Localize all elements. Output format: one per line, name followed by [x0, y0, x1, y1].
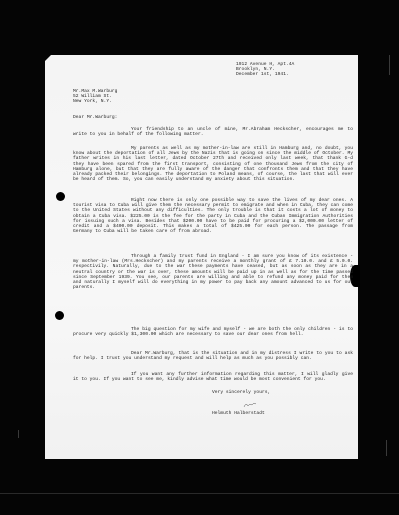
- punch-hole: [56, 192, 65, 201]
- paragraph-5: The big question for my wife and myself …: [73, 327, 353, 337]
- closing: Very sincerely yours,: [212, 390, 270, 395]
- scanner-edge-line: [0, 493, 399, 494]
- recipient-city: New York, N.Y.: [73, 99, 117, 104]
- paragraph-6: Dear Mr.Warburg, that is the situation a…: [73, 351, 353, 361]
- scan-artifact: [18, 430, 19, 438]
- punch-hole: [55, 311, 64, 320]
- letter-date: December 1st, 1941.: [236, 72, 294, 77]
- paragraph-4: Through a family trust fund in England -…: [73, 254, 353, 290]
- paragraph-7: If you want any further information rega…: [73, 372, 353, 382]
- handwritten-signature: [243, 401, 257, 408]
- sender-address: 1912 Avenue H, Apt.4ABrooklyn, N.Y.Decem…: [236, 62, 294, 78]
- salutation: Dear Mr.Warburg:: [73, 115, 117, 120]
- paragraph-1: Your friendship to an uncle of mine, Mr.…: [73, 127, 353, 137]
- paragraph-2: My parents as well as my mother-in-law a…: [73, 146, 353, 182]
- paragraph-3: Right now there is only one possible way…: [73, 198, 353, 234]
- signature-name: Helmuth Halberstadt: [212, 411, 265, 416]
- scan-artifact: [389, 55, 390, 75]
- scan-artifact: [386, 440, 387, 456]
- recipient-address: Mr.Max M.Warburg52 William St.New York, …: [73, 89, 117, 105]
